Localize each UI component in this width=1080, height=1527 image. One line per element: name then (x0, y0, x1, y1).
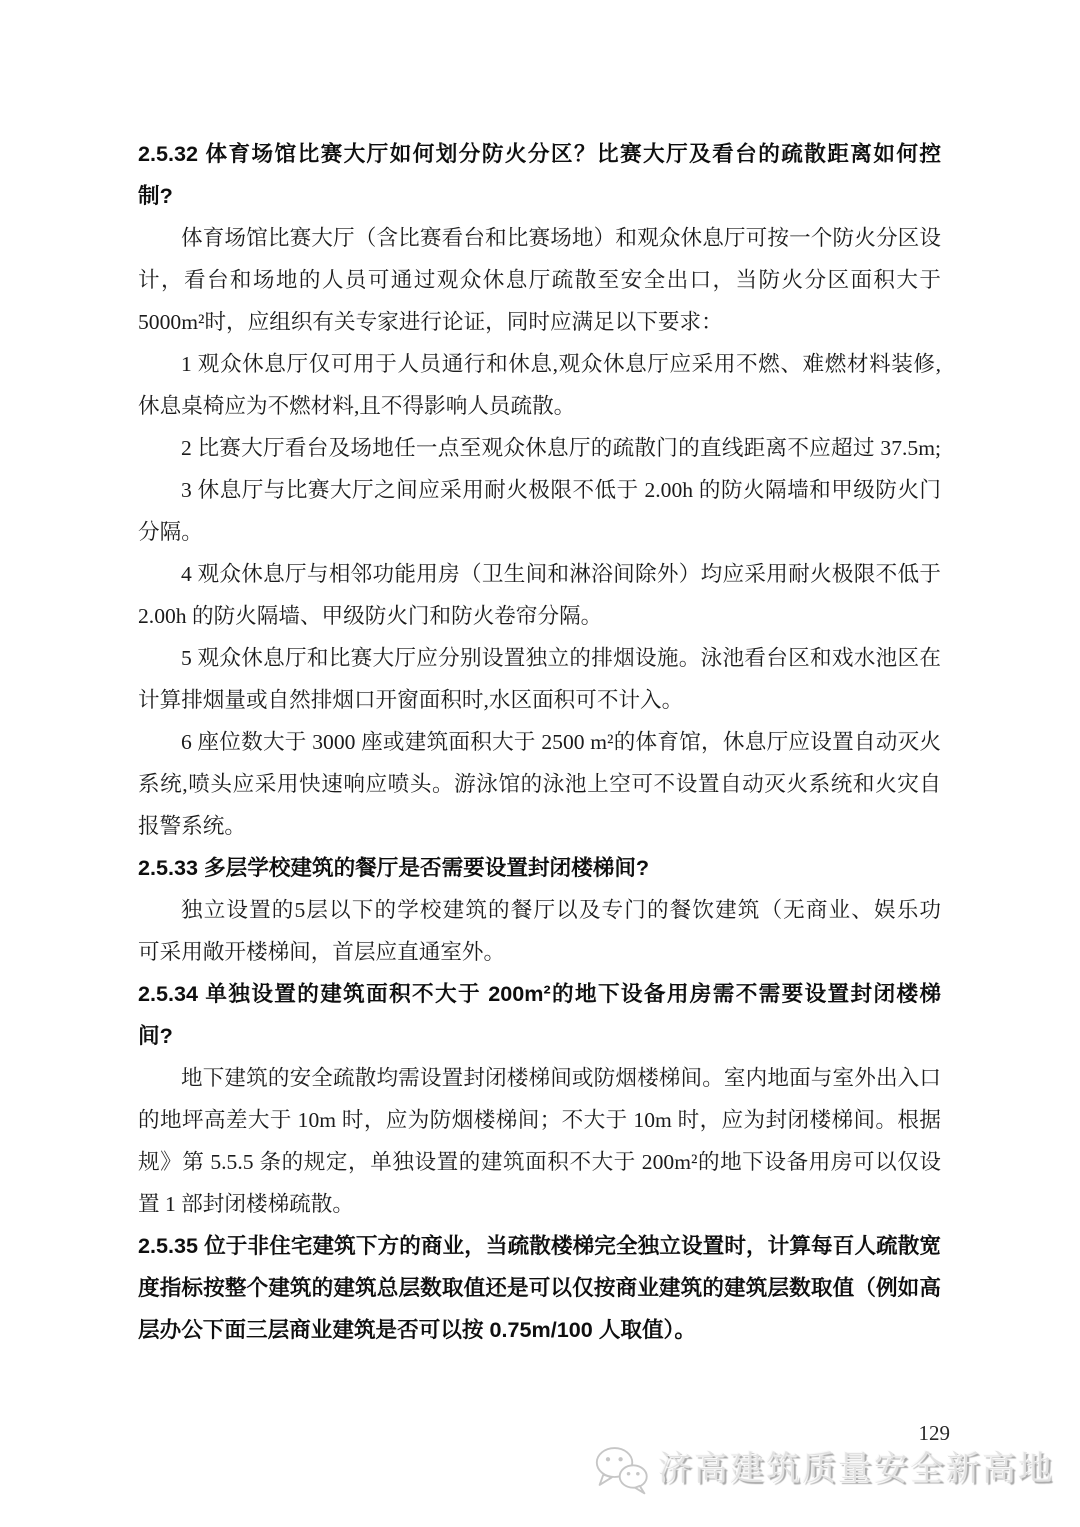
body-text-line: 计算排烟量或自然排烟口开窗面积时,水区面积可不计入。 (138, 679, 941, 721)
body-text-line: 独立设置的5层以下的学校建筑的餐厅以及专门的餐饮建筑（无商业、娱乐功能）， (138, 889, 941, 931)
body-text-line: 分隔。 (138, 511, 941, 553)
body-text-line: 规》第 5.5.5 条的规定，单独设置的建筑面积不大于 200m²的地下设备用房… (138, 1141, 941, 1183)
body-text-line: 6 座位数大于 3000 座或建筑面积大于 2500 m²的体育馆，休息厅应设置… (138, 721, 941, 763)
body-text-line: 5 观众休息厅和比赛大厅应分别设置独立的排烟设施。泳池看台区和戏水池区在 (138, 637, 941, 679)
section-heading-line: 层办公下面三层商业建筑是否可以按 0.75m/100 人取值）。 (138, 1309, 941, 1351)
section-heading-line: 度指标按整个建筑的建筑总层数取值还是可以仅按商业建筑的建筑层数取值（例如高 (138, 1267, 941, 1309)
body-text-line: 休息桌椅应为不燃材料,且不得影响人员疏散。 (138, 385, 941, 427)
body-text-line: 3 休息厅与比赛大厅之间应采用耐火极限不低于 2.00h 的防火隔墙和甲级防火门 (138, 469, 941, 511)
body-text-line: 的地坪高差大于 10m 时，应为防烟楼梯间；不大于 10m 时，应为封闭楼梯间。… (138, 1099, 941, 1141)
body-text-line: 可采用敞开楼梯间，首层应直通室外。 (138, 931, 941, 973)
section-heading-line: 2.5.35 位于非住宅建筑下方的商业，当疏散楼梯完全独立设置时，计算每百人疏散… (138, 1225, 941, 1267)
body-text-line: 2.00h 的防火隔墙、甲级防火门和防火卷帘分隔。 (138, 595, 941, 637)
body-text-line: 体育场馆比赛大厅（含比赛看台和比赛场地）和观众休息厅可按一个防火分区设 (138, 217, 941, 259)
wechat-icon (594, 1444, 650, 1496)
page-number: 129 (919, 1420, 951, 1446)
section-heading-line: 2.5.33 多层学校建筑的餐厅是否需要设置封闭楼梯间? (138, 847, 941, 889)
body-text-line: 2 比赛大厅看台及场地任一点至观众休息厅的疏散门的直线距离不应超过 37.5m; (138, 427, 941, 469)
document-lines: 2.5.32 体育场馆比赛大厅如何划分防火分区？比赛大厅及看台的疏散距离如何控制… (138, 133, 941, 1351)
body-text-line: 地下建筑的安全疏散均需设置封闭楼梯间或防烟楼梯间。室内地面与室外出入口 (138, 1057, 941, 1099)
body-text-line: 4 观众休息厅与相邻功能用房（卫生间和淋浴间除外）均应采用耐火极限不低于 (138, 553, 941, 595)
body-text-line: 系统,喷头应采用快速响应喷头。游泳馆的泳池上空可不设置自动灭火系统和火灾自动 (138, 763, 941, 805)
document-page: 2.5.32 体育场馆比赛大厅如何划分防火分区？比赛大厅及看台的疏散距离如何控制… (0, 0, 1080, 1527)
section-heading-line: 间? (138, 1015, 941, 1057)
watermark: 济高建筑质量安全新高地 (594, 1444, 1054, 1496)
body-text-line: 报警系统。 (138, 805, 941, 847)
body-text-line: 5000m²时，应组织有关专家进行论证，同时应满足以下要求： (138, 301, 941, 343)
body-text-line: 计，看台和场地的人员可通过观众休息厅疏散至安全出口，当防火分区面积大于 (138, 259, 941, 301)
section-heading-line: 2.5.32 体育场馆比赛大厅如何划分防火分区？比赛大厅及看台的疏散距离如何控 (138, 133, 941, 175)
body-text-line: 置 1 部封闭楼梯疏散。 (138, 1183, 941, 1225)
watermark-text: 济高建筑质量安全新高地 (658, 1444, 1054, 1496)
section-heading-line: 2.5.34 单独设置的建筑面积不大于 200m²的地下设备用房需不需要设置封闭… (138, 973, 941, 1015)
body-text-line: 1 观众休息厅仅可用于人员通行和休息,观众休息厅应采用不燃、难燃材料装修, (138, 343, 941, 385)
section-heading-line: 制? (138, 175, 941, 217)
